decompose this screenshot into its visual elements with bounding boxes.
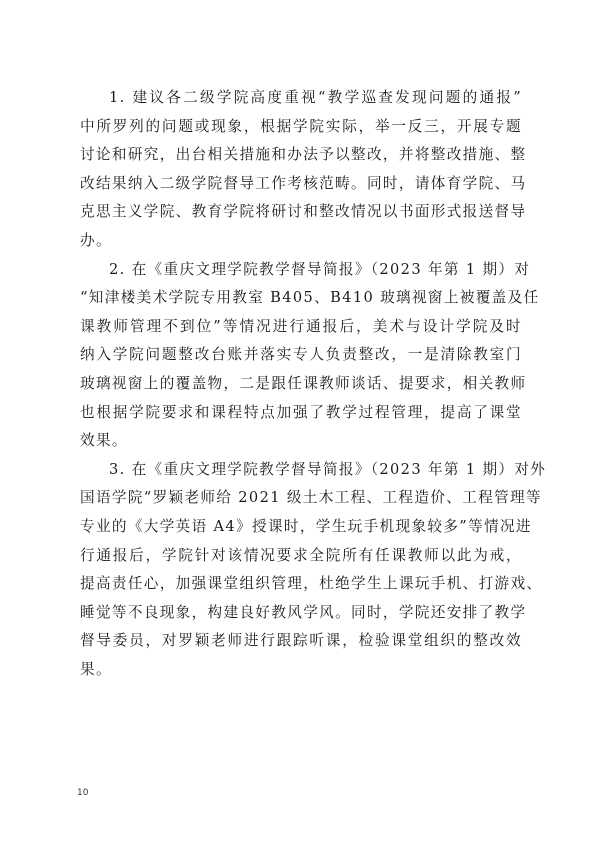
paragraph-2-line-6: 也根据学院要求和课程特点加强了教学过程管理，提高了课堂 (80, 399, 522, 428)
paragraph-1-line-1: 1. 建议各二级学院高度重视“教学巡查发现问题的通报” (80, 84, 522, 113)
paragraph-2-line-3: 课教师管理不到位”等情况进行通报后，美术与设计学院及时 (80, 313, 522, 342)
page-number: 10 (77, 788, 88, 798)
paragraph-2-line-5: 玻璃视窗上的覆盖物，二是跟任课教师谈话、提要求，相关教师 (80, 370, 522, 399)
paragraph-2-line-2: “知津楼美术学院专用教室 B405、B410 玻璃视窗上被覆盖及任 (80, 284, 522, 313)
paragraph-2-line-4: 纳入学院问题整改台账并落实专人负责整改，一是清除教室门 (80, 341, 522, 370)
paragraph-3-line-7: 督导委员，对罗颖老师进行跟踪听课，检验课堂组织的整改效 (80, 627, 522, 656)
paragraph-3-line-2: 国语学院“罗颖老师给 2021 级土木工程、工程造价、工程管理等 (80, 484, 522, 513)
paragraph-1-line-3: 讨论和研究，出台相关措施和办法予以整改，并将整改措施、整 (80, 141, 522, 170)
paragraph-3-line-4: 行通报后，学院针对该情况要求全院所有任课教师以此为戒， (80, 542, 522, 571)
document-body: 1. 建议各二级学院高度重视“教学巡查发现问题的通报” 中所罗列的问题或现象，根… (80, 84, 522, 684)
document-page: 1. 建议各二级学院高度重视“教学巡查发现问题的通报” 中所罗列的问题或现象，根… (0, 0, 595, 841)
paragraph-1-line-5: 克思主义学院、教育学院将研讨和整改情况以书面形式报送督导 (80, 198, 522, 227)
paragraph-1-line-4: 改结果纳入二级学院督导工作考核范畴。同时，请体育学院、马 (80, 170, 522, 199)
paragraph-3-line-8: 果。 (80, 656, 522, 685)
paragraph-2-line-1: 2. 在《重庆文理学院教学督导简报》（2023 年第 1 期）对 (80, 256, 522, 285)
paragraph-3-line-3: 专业的《大学英语 A4》授课时，学生玩手机现象较多”等情况进 (80, 513, 522, 542)
paragraph-1-line-6: 办。 (80, 227, 522, 256)
paragraph-3-line-1: 3. 在《重庆文理学院教学督导简报》（2023 年第 1 期）对外 (80, 456, 522, 485)
paragraph-3-line-6: 睡觉等不良现象，构建良好教风学风。同时，学院还安排了教学 (80, 599, 522, 628)
paragraph-1-line-2: 中所罗列的问题或现象，根据学院实际，举一反三，开展专题 (80, 113, 522, 142)
paragraph-2-line-7: 效果。 (80, 427, 522, 456)
paragraph-3-line-5: 提高责任心，加强课堂组织管理，杜绝学生上课玩手机、打游戏、 (80, 570, 522, 599)
